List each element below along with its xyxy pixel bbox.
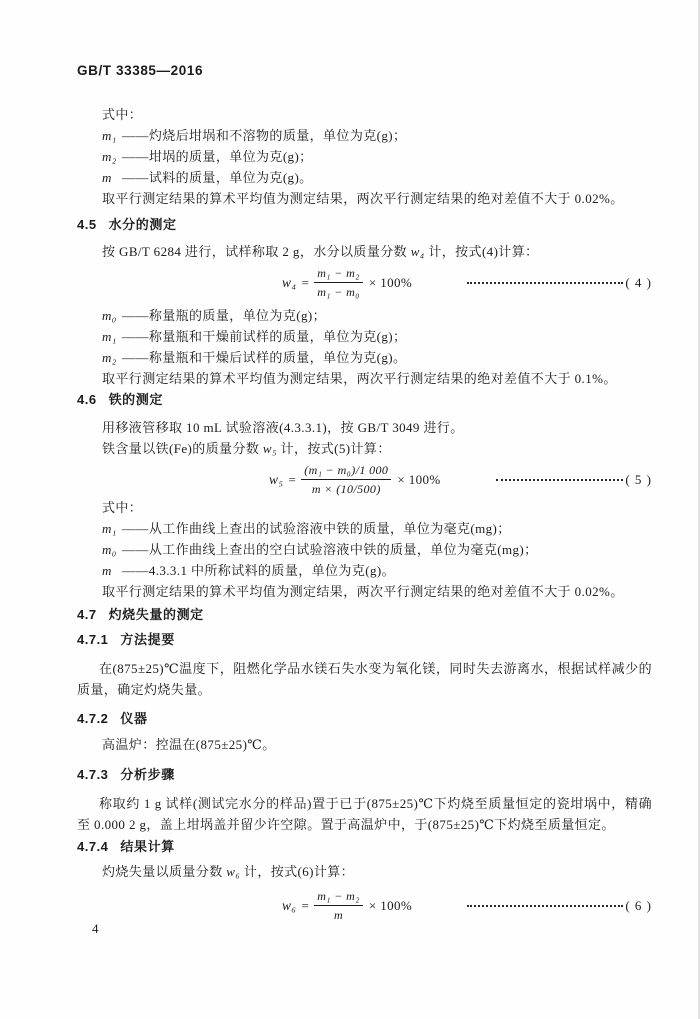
section-heading-4-6: 4.6铁的测定 [77,389,652,410]
variable-symbol: m₁ [102,326,122,347]
definition-row: m——4.3.3.1 中所称试料的质量，单位为克(g)。 [77,560,652,581]
definition-text: 称量瓶和干燥前试样的质量，单位为克(g)； [149,326,652,347]
section-title: 分析步骤 [120,767,174,782]
intro-text: 铁含量以铁(Fe)的质量分数 [102,441,263,456]
section-title: 水分的测定 [109,217,177,232]
fraction: m₁ − m₂ m₁ − m₀ [314,265,363,300]
definition-row: m₁——灼烧后坩埚和不溶物的质量，单位为克(g)； [77,125,652,146]
paragraph: 称取约 1 g 试样(测试完水分的样品)置于已于(875±25)℃下灼烧至质量恒… [77,793,652,835]
equation-6: w₆ = m₁ − m₂ m × 100% ( 6 ) [77,885,652,925]
fraction: m₁ − m₂ m [314,888,363,923]
definition-row: m₂——称量瓶和干燥后试样的质量，单位为克(g)。 [77,347,652,368]
intro-text: 计，按式(6)计算： [240,864,354,879]
fraction-denominator: m₁ − m₀ [317,283,360,300]
document-page: GB/T 33385—2016 式中： m₁——灼烧后坩埚和不溶物的质量，单位为… [0,0,700,1019]
section-heading-4-7: 4.7灼烧失量的测定 [77,604,652,625]
section-title: 结果计算 [120,839,174,854]
fraction-numerator: (m₁ − m₀)/1 000 [301,462,391,480]
equation-5: w₅ = (m₁ − m₀)/1 000 m × (10/500) × 100%… [77,459,652,499]
equation-number: ( 6 ) [625,895,652,916]
fraction-numerator: m₁ − m₂ [314,888,363,906]
multiplier: × 100% [369,272,412,293]
definition-dash: —— [122,347,149,368]
definition-dash: —— [122,539,149,560]
section-intro: 灼烧失量以质量分数 w₆ 计，按式(6)计算： [77,861,652,882]
intro-text: 计，按式(5)计算： [277,441,391,456]
section-number: 4.7.4 [77,839,108,854]
dotted-leader [467,905,623,907]
intro-text: 计，按式(4)计算： [425,244,539,259]
precision-note: 取平行测定结果的算术平均值为测定结果，两次平行测定结果的绝对差值不大于 0.02… [77,581,652,602]
variable-symbol: m₁ [102,125,122,146]
inline-variable: w₄ [411,244,425,259]
definition-dash: —— [122,326,149,347]
definition-text: 从工作曲线上查出的空白试验溶液中铁的质量，单位为毫克(mg)； [149,539,652,560]
definition-row: m₁——称量瓶和干燥前试样的质量，单位为克(g)； [77,326,652,347]
precision-note: 取平行测定结果的算术平均值为测定结果，两次平行测定结果的绝对差值不大于 0.1%… [77,368,652,389]
intro-text: 灼烧失量以质量分数 [102,864,226,879]
multiplier: × 100% [369,895,412,916]
equation-lhs: w₆ [282,895,297,916]
equals-sign: = [289,469,297,490]
section-heading-4-7-4: 4.7.4结果计算 [77,836,652,857]
section-number: 4.7.3 [77,767,108,782]
dotted-leader [496,479,624,481]
fraction-denominator: m [334,906,343,923]
fraction-numerator: m₁ − m₂ [314,265,363,283]
variable-symbol: m₂ [102,146,122,167]
section-number: 4.7.2 [77,711,108,726]
equation-lhs: w₅ [269,469,284,490]
section-heading-4-7-2: 4.7.2仪器 [77,708,652,729]
variable-symbol: m₂ [102,347,122,368]
section-number: 4.5 [77,217,97,232]
equation-body: w₅ = (m₁ − m₀)/1 000 m × (10/500) × 100% [269,462,441,497]
equation-body: w₄ = m₁ − m₂ m₁ − m₀ × 100% [282,265,412,300]
definition-text: 4.3.3.1 中所称试料的质量，单位为克(g)。 [149,560,652,581]
equals-sign: = [302,895,310,916]
where-label: 式中： [77,104,652,125]
dotted-leader [467,282,623,284]
page-content: GB/T 33385—2016 式中： m₁——灼烧后坩埚和不溶物的质量，单位为… [77,62,652,925]
equation-number: ( 4 ) [625,272,652,293]
definition-row: m₁——从工作曲线上查出的试验溶液中铁的质量，单位为毫克(mg)； [77,518,652,539]
standard-number-header: GB/T 33385—2016 [77,62,652,80]
variable-symbol: m [102,167,122,188]
equals-sign: = [302,272,310,293]
fraction-denominator: m × (10/500) [312,480,381,497]
definition-row: m₂——坩埚的质量，单位为克(g)； [77,146,652,167]
section-heading-4-5: 4.5水分的测定 [77,214,652,235]
definition-dash: —— [122,125,149,146]
definition-row: m——试料的质量，单位为克(g)。 [77,167,652,188]
equation-lhs: w₄ [282,272,297,293]
inline-variable: w₆ [226,864,240,879]
section-heading-4-7-1: 4.7.1方法提要 [77,629,652,650]
section-title: 灼烧失量的测定 [109,607,204,622]
body-line: 用移液管移取 10 mL 试验溶液(4.3.3.1)，按 GB/T 3049 进… [77,417,652,438]
definition-dash: —— [122,518,149,539]
variable-symbol: m [102,560,122,581]
section-heading-4-7-3: 4.7.3分析步骤 [77,764,652,785]
section-title: 仪器 [120,711,147,726]
section-title: 方法提要 [120,632,174,647]
multiplier: × 100% [397,469,440,490]
intro-text: 按 GB/T 6284 进行，试样称取 2 g，水分以质量分数 [102,244,411,259]
equation-4: w₄ = m₁ − m₂ m₁ − m₀ × 100% ( 4 ) [77,262,652,302]
definition-text: 灼烧后坩埚和不溶物的质量，单位为克(g)； [149,125,652,146]
inline-variable: w₅ [263,441,277,456]
definition-text: 从工作曲线上查出的试验溶液中铁的质量，单位为毫克(mg)； [149,518,652,539]
definition-row: m₀——称量瓶的质量，单位为克(g)； [77,305,652,326]
variable-symbol: m₁ [102,518,122,539]
equation-number: ( 5 ) [625,469,652,490]
precision-note: 取平行测定结果的算术平均值为测定结果，两次平行测定结果的绝对差值不大于 0.02… [77,188,652,209]
variable-symbol: m₀ [102,305,122,326]
definition-row: m₀——从工作曲线上查出的空白试验溶液中铁的质量，单位为毫克(mg)； [77,539,652,560]
definition-text: 试料的质量，单位为克(g)。 [149,167,652,188]
equation-body: w₆ = m₁ − m₂ m × 100% [282,888,412,923]
section-number: 4.6 [77,392,97,407]
definition-text: 坩埚的质量，单位为克(g)； [149,146,652,167]
section-number: 4.7.1 [77,632,108,647]
variable-symbol: m₀ [102,539,122,560]
section-title: 铁的测定 [109,392,163,407]
body-line: 高温炉：控温在(875±25)℃。 [77,734,652,755]
definition-dash: —— [122,305,149,326]
section-number: 4.7 [77,607,97,622]
page-number: 4 [92,921,99,937]
definition-text: 称量瓶的质量，单位为克(g)； [149,305,652,326]
paragraph: 在(875±25)℃温度下，阻燃化学品水镁石失水变为氧化镁，同时失去游离水，根据… [77,658,652,700]
where-label: 式中： [77,497,652,518]
definition-dash: —— [122,146,149,167]
section-intro: 铁含量以铁(Fe)的质量分数 w₅ 计，按式(5)计算： [77,438,652,459]
definition-text: 称量瓶和干燥后试样的质量，单位为克(g)。 [149,347,652,368]
definition-dash: —— [122,167,149,188]
section-intro: 按 GB/T 6284 进行，试样称取 2 g，水分以质量分数 w₄ 计，按式(… [77,241,652,262]
fraction: (m₁ − m₀)/1 000 m × (10/500) [301,462,391,497]
definition-dash: —— [122,560,149,581]
